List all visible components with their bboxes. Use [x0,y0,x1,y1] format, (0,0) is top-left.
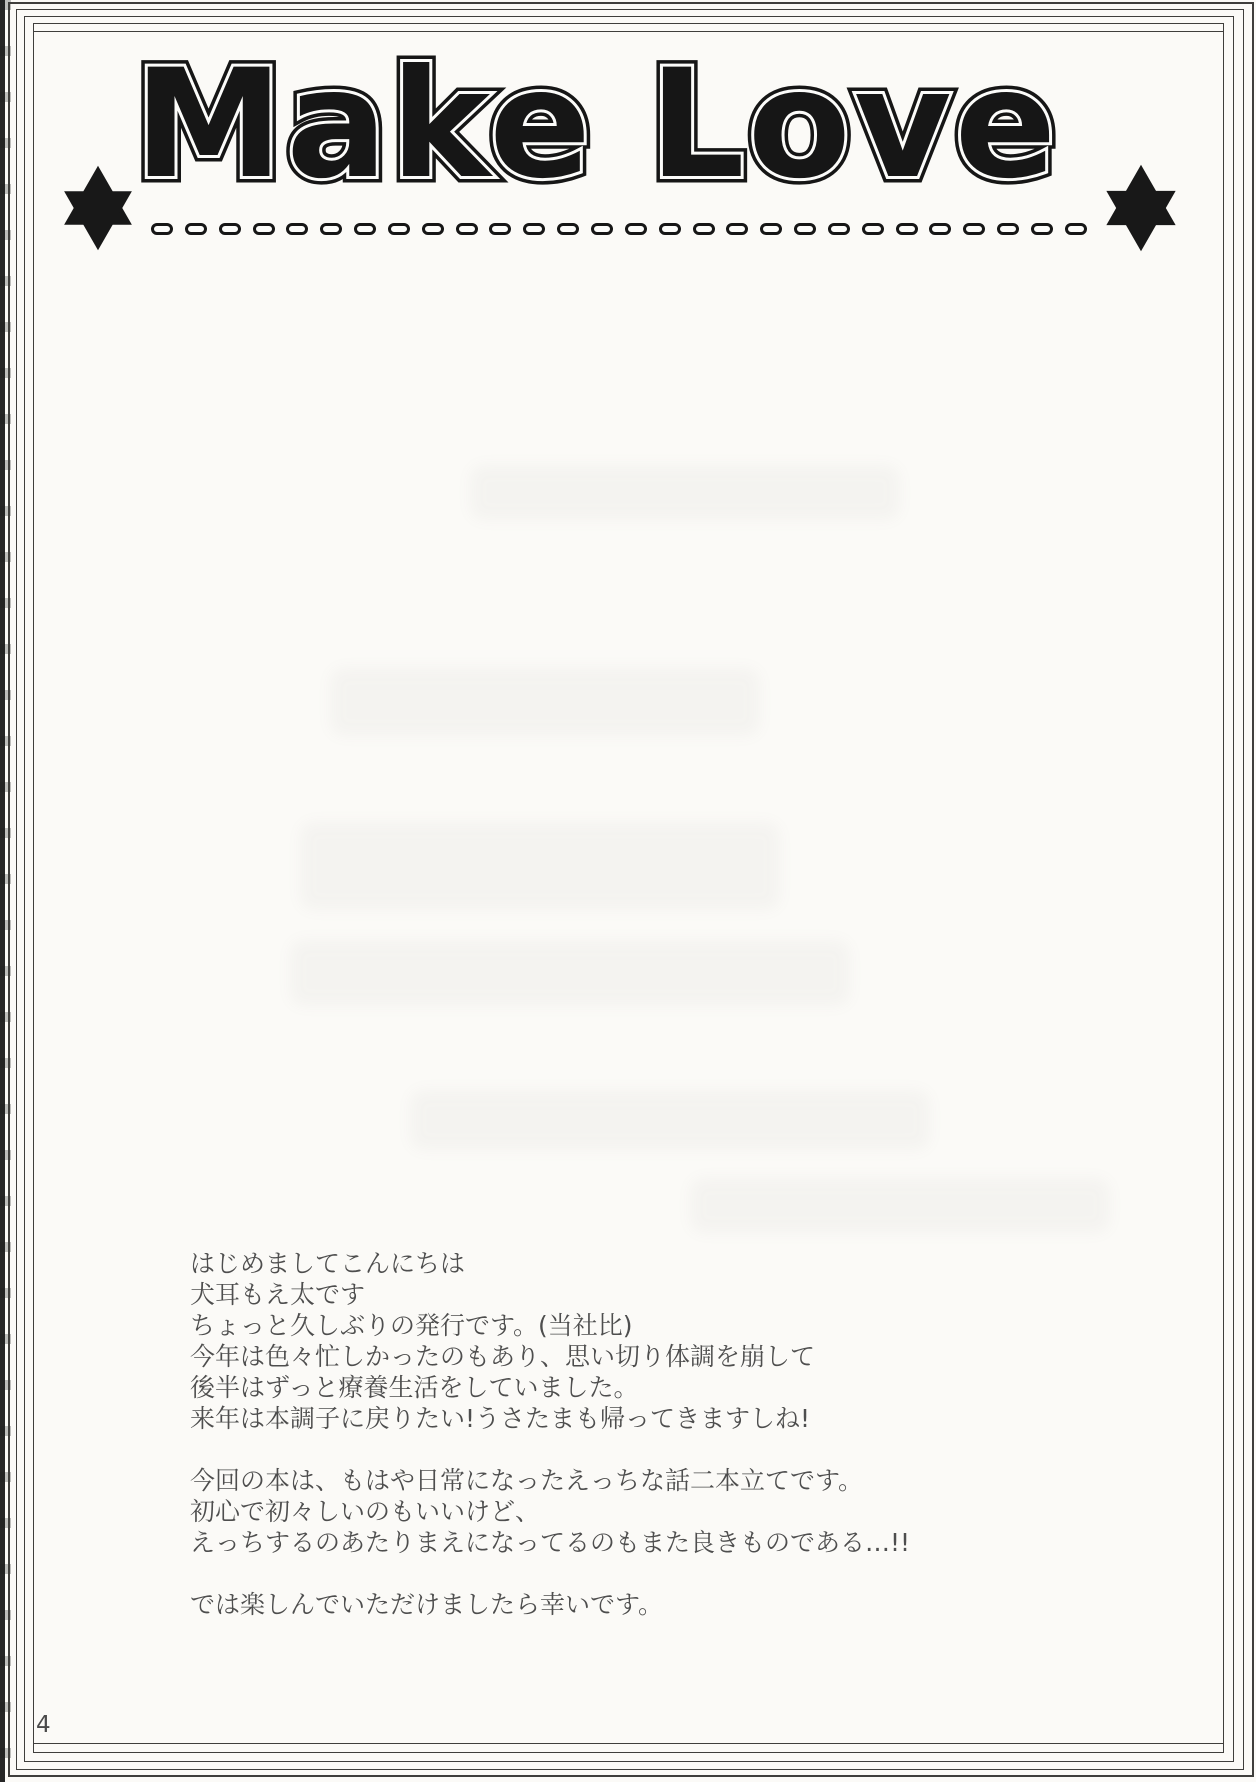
divider-dash [523,223,545,235]
afterword-line: では楽しんでいただけましたら幸いです。 [190,1589,1090,1620]
dashed-line [151,222,1087,236]
divider-dash [286,223,308,235]
divider-dash [253,223,275,235]
page-number: 4 [36,1714,51,1737]
divider-dash [1065,223,1087,235]
divider-dash [456,223,478,235]
afterword-line: 今回の本は、もはや日常になったえっちな話二本立てです。 [190,1465,1090,1496]
divider-dash [794,223,816,235]
bleed-through [300,822,780,910]
divider-dash [489,223,511,235]
divider-dash [929,223,951,235]
divider-dash [354,223,376,235]
bleed-through [410,1090,930,1150]
bleed-through [330,668,760,736]
afterword-line: 今年は色々忙しかったのもあり、思い切り体調を崩して [190,1341,1090,1372]
bleed-through [470,465,900,520]
divider-dash [422,223,444,235]
afterword-line: 犬耳もえ太です [190,1279,1090,1310]
divider-dash [625,223,647,235]
afterword-text: はじめましてこんにちは 犬耳もえ太です ちょっと久しぶりの発行です。(当社比) … [190,1248,1090,1620]
divider-dash [1031,223,1053,235]
afterword-line: えっちするのあたりまえになってるのもまた良きものである…!! [190,1527,1090,1558]
divider-dash [963,223,985,235]
divider-dash [896,223,918,235]
divider-dash [151,223,173,235]
divider-dash [591,223,613,235]
afterword-line: はじめましてこんにちは [190,1248,1090,1279]
divider-dash [219,223,241,235]
afterword-line: 初心で初々しいのもいいけど、 [190,1496,1090,1527]
divider-dash [388,223,410,235]
divider-dash [659,223,681,235]
divider-dash [693,223,715,235]
divider-dash [557,223,579,235]
title-divider [54,158,1186,258]
paragraph-gap [190,1558,1090,1589]
divider-dash [726,223,748,235]
bleed-through [690,1178,1110,1233]
divider-dash [185,223,207,235]
afterword-line: ちょっと久しぶりの発行です。(当社比) [190,1310,1090,1341]
divider-dash [862,223,884,235]
bleed-through [290,940,850,1006]
divider-dash [828,223,850,235]
binding-edge-ticks [0,0,11,1782]
divider-dash [320,223,342,235]
six-pointed-star-icon-right [1096,159,1186,257]
divider-dash [997,223,1019,235]
six-pointed-star-icon-left [54,162,142,254]
afterword-line: 来年は本調子に戻りたい!うさたまも帰ってきますしね! [190,1403,1090,1434]
afterword-line: 後半はずっと療養生活をしていました。 [190,1372,1090,1403]
divider-dash [760,223,782,235]
paragraph-gap [190,1434,1090,1465]
